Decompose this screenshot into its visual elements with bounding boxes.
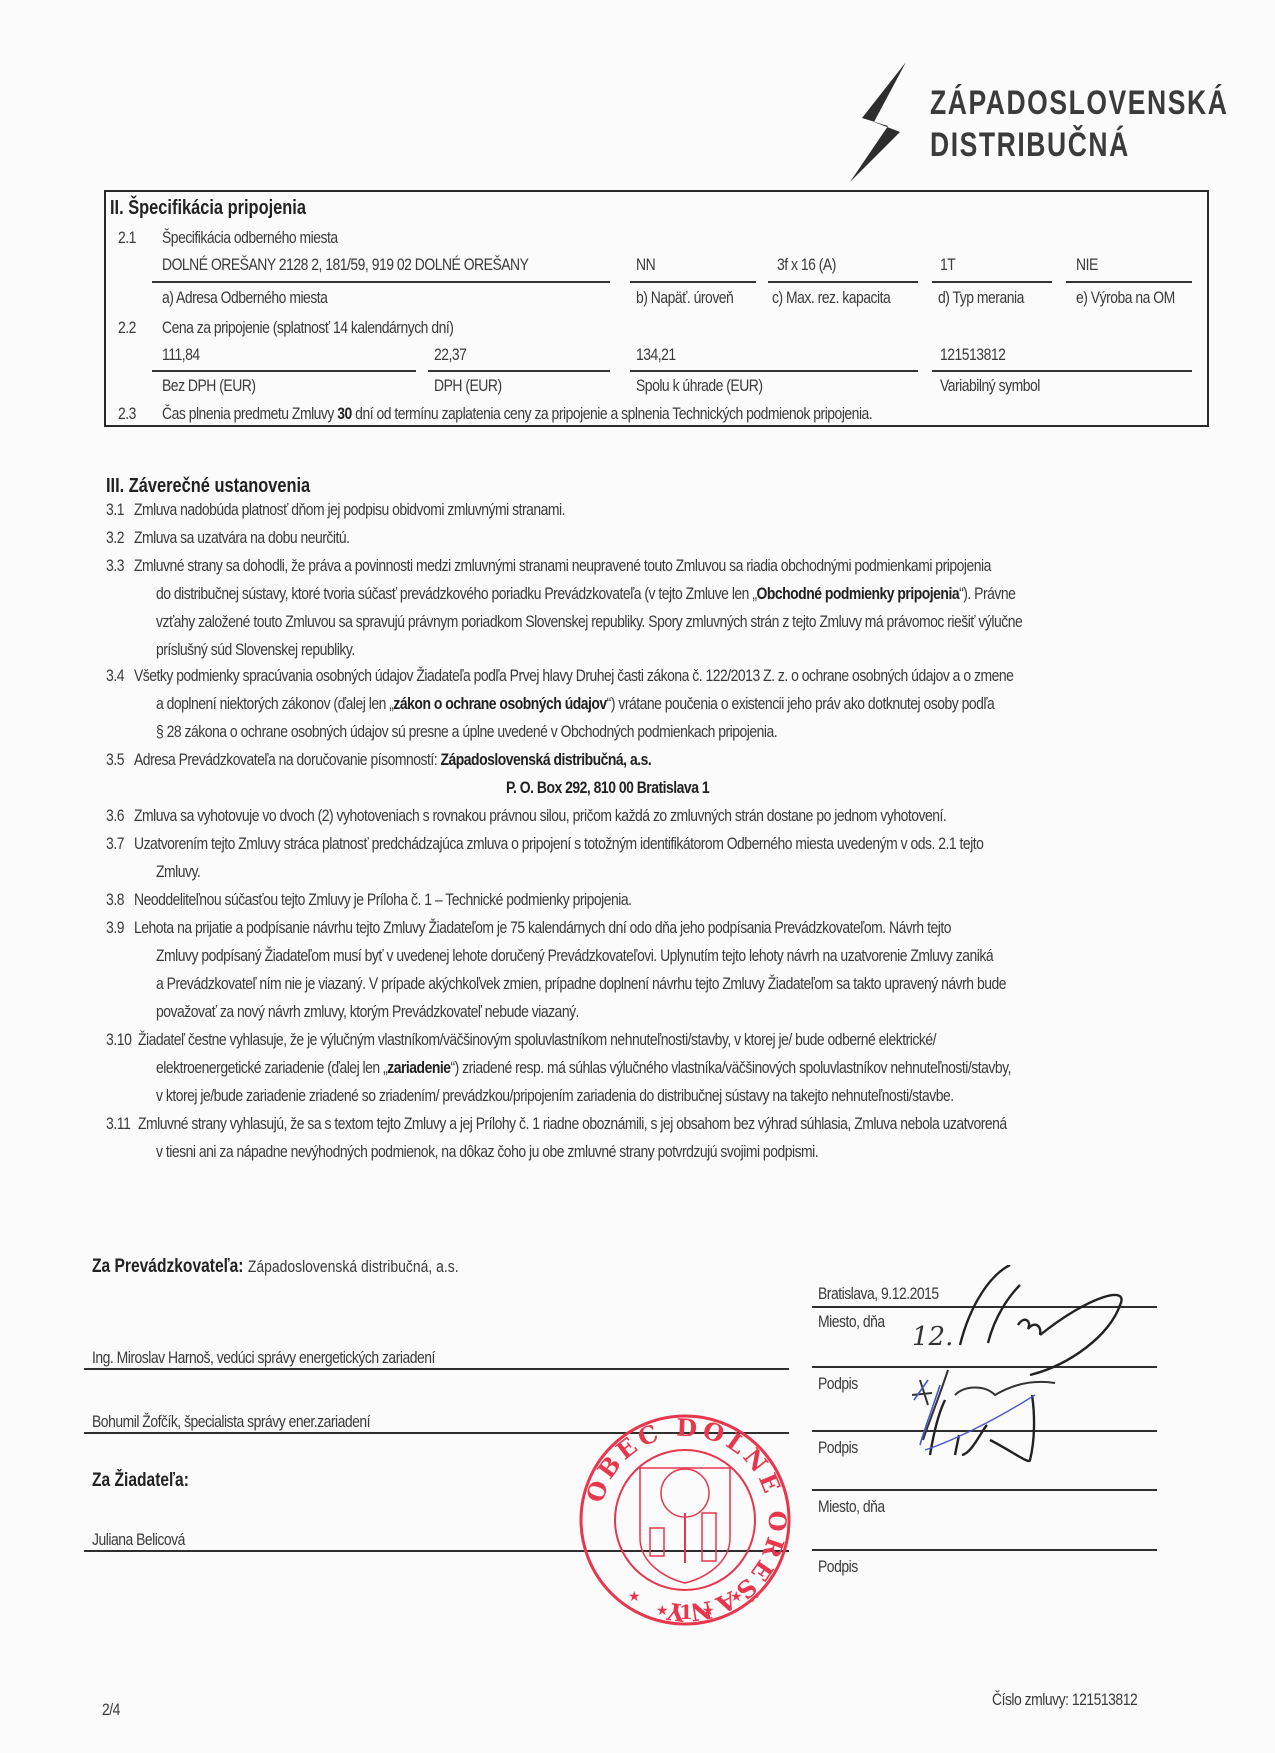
clause-number: 3.11 (106, 1114, 130, 1134)
page-number: 2/4 (102, 1700, 120, 1720)
clause-line: Zmluvy. (156, 862, 200, 882)
clause-number: 3.2 (106, 528, 124, 548)
clause-number: 3.5 (106, 750, 124, 770)
contract-number: Číslo zmluvy: 121513812 (992, 1690, 1137, 1710)
signature-1-caption: Podpis (818, 1374, 858, 1394)
stamp-star-icon: ★ (628, 1588, 641, 1604)
capacity-underline (768, 281, 918, 283)
signer-1-name: Ing. Miroslav Harnoš, vedúci správy ener… (92, 1348, 435, 1368)
applicant-name: Juliana Belicová (92, 1530, 185, 1550)
clause-number: 3.9 (106, 918, 124, 938)
metering-type-underline (932, 281, 1052, 283)
stamp-star-icon: ★ (702, 1602, 715, 1618)
total-value: 134,21 (636, 345, 676, 365)
clause-line: Adresa Prevádzkovateľa na doručovanie pí… (134, 750, 651, 770)
applicant-signature-caption: Podpis (818, 1557, 858, 1577)
price-without-vat-caption: Bez DPH (EUR) (162, 376, 256, 396)
stamp-star-icon: ★ (656, 1602, 669, 1618)
voltage-value: NN (636, 255, 655, 275)
applicant-place-caption: Miesto, dňa (818, 1497, 885, 1517)
municipality-stamp: OBEC DOLNE OREŠANY ★ ★ ★ ★ 1 (578, 1413, 793, 1628)
operator-label: Za Prevádzkovateľa: (92, 1256, 243, 1277)
operator-name: Západoslovenská distribučná, a.s. (248, 1257, 459, 1276)
item-2-3-text: Čas plnenia predmetu Zmluvy 30 dní od te… (162, 404, 872, 424)
clause-line: Zmluvné strany sa dohodli, že práva a po… (134, 556, 991, 576)
vat-value: 22,37 (434, 345, 466, 365)
clause-line: Všetky podmienky spracúvania osobných úd… (134, 666, 1013, 686)
variable-symbol-value: 121513812 (940, 345, 1005, 365)
clause-line: Uzatvorením tejto Zmluvy stráca platnosť… (134, 834, 983, 854)
clause-line: Zmluva nadobúda platnosť dňom jej podpis… (134, 500, 565, 520)
handwritten-date: 12. (912, 1322, 953, 1352)
clause-line: Zmluva sa vyhotovuje vo dvoch (2) vyhoto… (134, 806, 946, 826)
address-value: DOLNÉ OREŠANY 2128 2, 181/59, 919 02 DOL… (162, 255, 528, 275)
item-2-1-number: 2.1 (118, 228, 136, 248)
item-2-1-label: Špecifikácia odberného miesta (162, 228, 338, 248)
operator-heading: Za Prevádzkovateľa: Západoslovenská dist… (92, 1256, 459, 1278)
clause-line: príslušný súd Slovenskej republiky. (156, 640, 355, 660)
clause-line: Zmluvy podpísaný Žiadateľom musí byť v u… (156, 946, 993, 966)
clause-number: 3.3 (106, 556, 124, 576)
stamp-number: 1 (679, 1600, 693, 1624)
clause-line: § 28 zákona o ochrane osobných údajov sú… (156, 722, 777, 742)
address-underline (152, 281, 610, 283)
variable-symbol-underline (932, 370, 1192, 372)
capacity-value: 3f x 16 (A) (777, 255, 836, 275)
clause-line: Neoddeliteľnou súčasťou tejto Zmluvy je … (134, 890, 632, 910)
clause-line: a Prevádzkovateľ ním nie je viazaný. V p… (156, 974, 1006, 994)
item-2-3-days: 30 (337, 404, 352, 423)
price-without-vat-underline (152, 370, 416, 372)
handwritten-signatures: 12. (900, 1265, 1180, 1505)
clause-line: elektroenergetické zariadenie (ďalej len… (156, 1058, 1011, 1078)
clause-number: 3.8 (106, 890, 124, 910)
stamp-star-icon: ★ (730, 1588, 743, 1604)
clause-line: Lehota na prijatie a podpísanie návrhu t… (134, 918, 951, 938)
item-2-3-pre: Čas plnenia predmetu Zmluvy (162, 404, 337, 423)
clause-line: vzťahy založené touto Zmluvou sa spravuj… (156, 612, 1022, 632)
clause-number: 3.6 (106, 806, 124, 826)
generation-underline (1066, 281, 1192, 283)
metering-type-value: 1T (940, 255, 955, 275)
clause-line: a doplnení niektorých zákonov (ďalej len… (156, 694, 994, 714)
voltage-caption: b) Napäť. úroveň (636, 288, 733, 308)
clause-line: do distribučnej sústavy, ktoré tvoria sú… (156, 584, 1015, 604)
clause-line: Žiadateľ čestne vyhlasuje, že je výlučný… (138, 1030, 936, 1050)
address-caption: a) Adresa Odberného miesta (162, 288, 327, 308)
logo-line-1: ZÁPADOSLOVENSKÁ (930, 82, 1228, 124)
clause-line: v tiesni ani za nápadne nevýhodných podm… (156, 1142, 818, 1162)
place-date-caption: Miesto, dňa (818, 1312, 885, 1332)
clause-line: Zmluvné strany vyhlasujú, že sa s textom… (138, 1114, 1007, 1134)
voltage-underline (630, 281, 756, 283)
vat-underline (428, 370, 610, 372)
section-3-title: III. Záverečné ustanovenia (106, 475, 310, 498)
clause-number: 3.10 (106, 1030, 131, 1050)
generation-caption: e) Výroba na OM (1076, 288, 1175, 308)
applicant-signature-line (812, 1549, 1157, 1551)
operator-po-box: P. O. Box 292, 810 00 Bratislava 1 (506, 778, 709, 798)
logo-line-2: DISTRIBUČNÁ (930, 124, 1228, 166)
total-caption: Spolu k úhrade (EUR) (636, 376, 763, 396)
total-underline (630, 370, 918, 372)
signer-2-name: Bohumil Žofčík, špecialista správy ener.… (92, 1412, 370, 1432)
capacity-caption: c) Max. rez. kapacita (772, 288, 890, 308)
lightning-bolt-icon (848, 62, 910, 182)
applicant-label: Za Žiadateľa: (92, 1470, 189, 1492)
item-2-2-number: 2.2 (118, 318, 136, 338)
vat-caption: DPH (EUR) (434, 376, 502, 396)
clause-line: Zmluva sa uzatvára na dobu neurčitú. (134, 528, 350, 548)
signature-2-caption: Podpis (818, 1438, 858, 1458)
signer-1-line (84, 1368, 789, 1370)
item-2-3-post: dní od termínu zaplatenia ceny za pripoj… (352, 404, 872, 423)
price-without-vat-value: 111,84 (162, 345, 200, 365)
clause-line: považovať za nový návrh zmluvy, ktorým P… (156, 1002, 579, 1022)
metering-type-caption: d) Typ merania (938, 288, 1024, 308)
item-2-3-number: 2.3 (118, 404, 136, 424)
item-2-2-label: Cena za pripojenie (splatnosť 14 kalendá… (162, 318, 453, 338)
company-logo-text: ZÁPADOSLOVENSKÁ DISTRIBUČNÁ (930, 82, 1228, 166)
section-2-title: II. Špecifikácia pripojenia (110, 197, 306, 220)
variable-symbol-caption: Variabilný symbol (940, 376, 1040, 396)
clause-number: 3.4 (106, 666, 124, 686)
clause-number: 3.1 (106, 500, 124, 520)
generation-value: NIE (1076, 255, 1098, 275)
clause-line: v ktorej je/bude zariadenie zriadené so … (156, 1086, 954, 1106)
clause-number: 3.7 (106, 834, 124, 854)
